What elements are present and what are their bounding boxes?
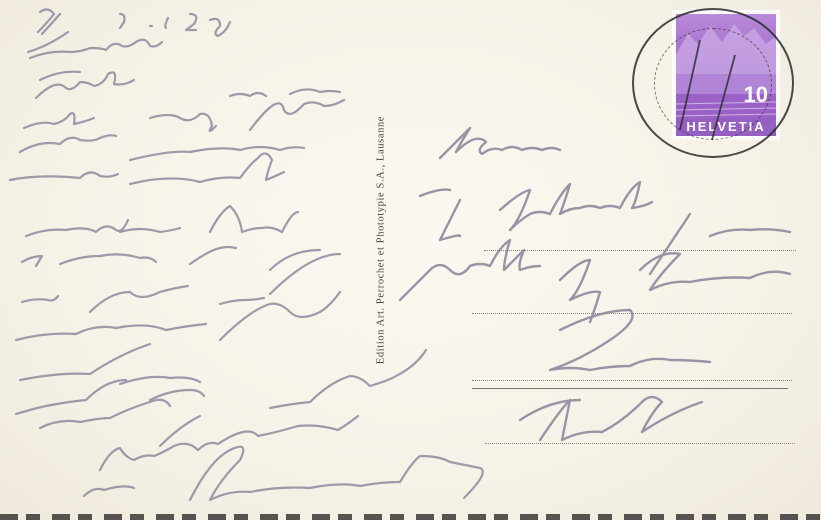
postmark-cancel-bars	[0, 0, 821, 520]
card-edge	[0, 514, 821, 520]
postcard: 27. 9. 1929 Herrn J. Vallaster jun. Arch…	[0, 0, 821, 520]
